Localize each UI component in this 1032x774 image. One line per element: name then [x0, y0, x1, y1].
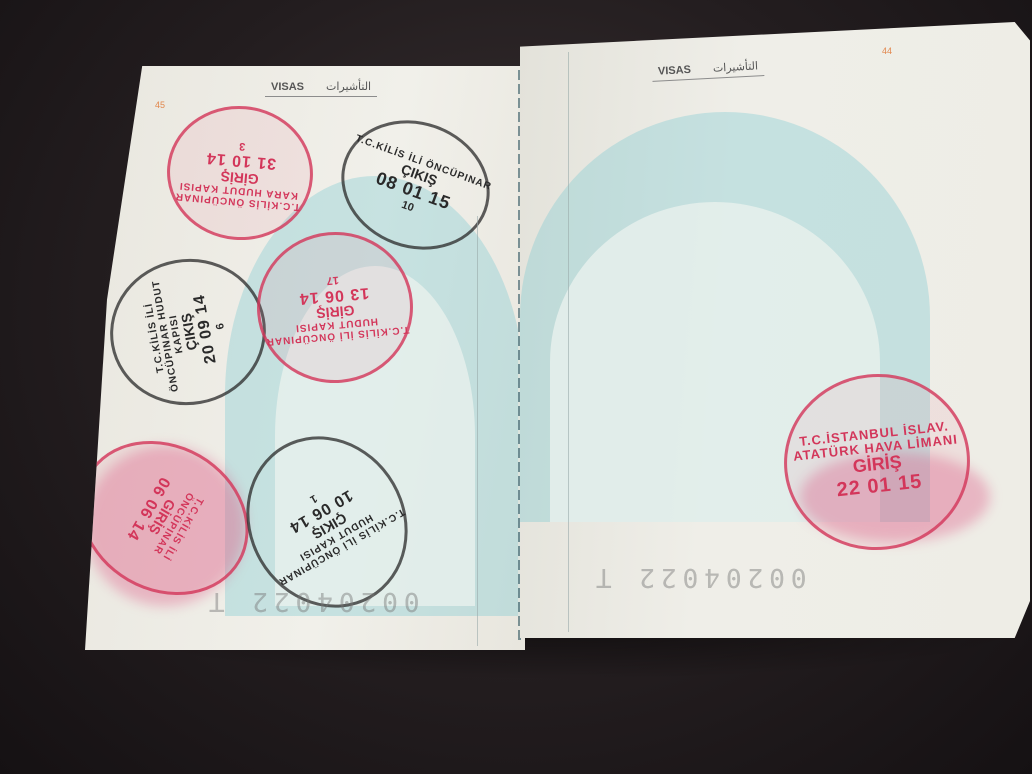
header-english: VISAS: [271, 81, 304, 93]
page-guide-line: [568, 52, 569, 632]
stamp-date: 31 10 14: [205, 149, 277, 173]
photo-scene: 45 VISAS التأشيرات T.C.KİLİS ÖNCÜPINAR K…: [0, 0, 1032, 774]
left-passport-page: 45 VISAS التأشيرات T.C.KİLİS ÖNCÜPINAR K…: [85, 66, 525, 650]
perforated-passport-number: 00204022 T: [590, 562, 807, 592]
header-arabic: التأشيرات: [713, 59, 759, 74]
stamp-date: 22 01 15: [836, 471, 924, 502]
perforated-passport-number: 00204022 T: [203, 586, 420, 616]
page-header: VISAS التأشيرات: [652, 59, 765, 82]
right-passport-page: 44 VISAS التأشيرات T.C.İSTANBUL İSLAV. A…: [520, 22, 1030, 638]
header-english: VISAS: [658, 64, 692, 78]
stamp-date: 13 06 14: [298, 283, 370, 307]
stamp-number: 17: [326, 274, 339, 287]
page-header: VISAS التأشيرات: [265, 80, 377, 97]
stamp-number: 6: [214, 322, 227, 330]
page-number: 44: [882, 46, 892, 56]
page-number: 45: [155, 100, 165, 110]
page-guide-line: [477, 216, 478, 646]
header-arabic: التأشيرات: [326, 80, 371, 93]
stamp-number: 3: [239, 139, 246, 152]
